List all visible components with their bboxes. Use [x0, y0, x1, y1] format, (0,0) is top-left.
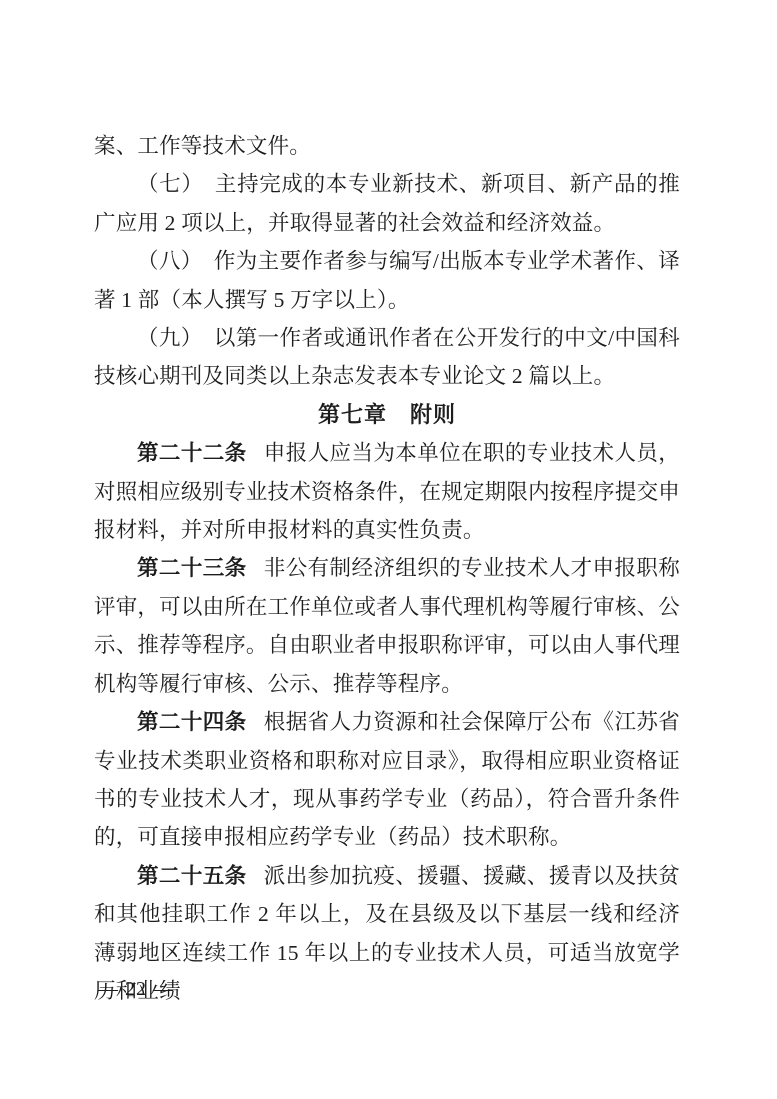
document-page: 案、工作等技术文件。 （七） 主持完成的本专业新技术、新项目、新产品的推广应用 …	[0, 0, 777, 1099]
article-number: 第二十三条	[137, 556, 247, 580]
paragraph-item-7: （七） 主持完成的本专业新技术、新项目、新产品的推广应用 2 项以上，并取得显著…	[94, 165, 680, 242]
article-number: 第二十五条	[137, 864, 247, 888]
chapter-heading: 第七章 附则	[94, 396, 680, 434]
paragraph-article-24: 第二十四条根据省人力资源和社会保障厅公布《江苏省专业技术类职业资格和职称对应目录…	[94, 703, 680, 857]
paragraph-continuation: 案、工作等技术文件。	[94, 127, 680, 165]
article-number: 第二十二条	[137, 441, 247, 465]
page-number: — 22 —	[98, 978, 174, 1001]
paragraph-article-23: 第二十三条非公有制经济组织的专业技术人才申报职称评审，可以由所在工作单位或者人事…	[94, 549, 680, 703]
document-body: 案、工作等技术文件。 （七） 主持完成的本专业新技术、新项目、新产品的推广应用 …	[94, 127, 680, 1010]
paragraph-item-8: （八） 作为主要作者参与编写/出版本专业学术著作、译著 1 部（本人撰写 5 万…	[94, 242, 680, 319]
paragraph-article-22: 第二十二条申报人应当为本单位在职的专业技术人员，对照相应级别专业技术资格条件，在…	[94, 434, 680, 549]
paragraph-text: （七） 主持完成的本专业新技术、新项目、新产品的推广应用 2 项以上，并取得显著…	[94, 172, 680, 234]
article-number: 第二十四条	[137, 710, 247, 734]
paragraph-text: （九） 以第一作者或通讯作者在公开发行的中文/中国科技核心期刊及同类以上杂志发表…	[94, 326, 680, 388]
paragraph-text: 案、工作等技术文件。	[94, 134, 311, 158]
paragraph-text: （八） 作为主要作者参与编写/出版本专业学术著作、译著 1 部（本人撰写 5 万…	[94, 249, 680, 311]
paragraph-item-9: （九） 以第一作者或通讯作者在公开发行的中文/中国科技核心期刊及同类以上杂志发表…	[94, 319, 680, 396]
paragraph-article-25: 第二十五条派出参加抗疫、援疆、援藏、援青以及扶贫和其他挂职工作 2 年以上，及在…	[94, 857, 680, 1011]
